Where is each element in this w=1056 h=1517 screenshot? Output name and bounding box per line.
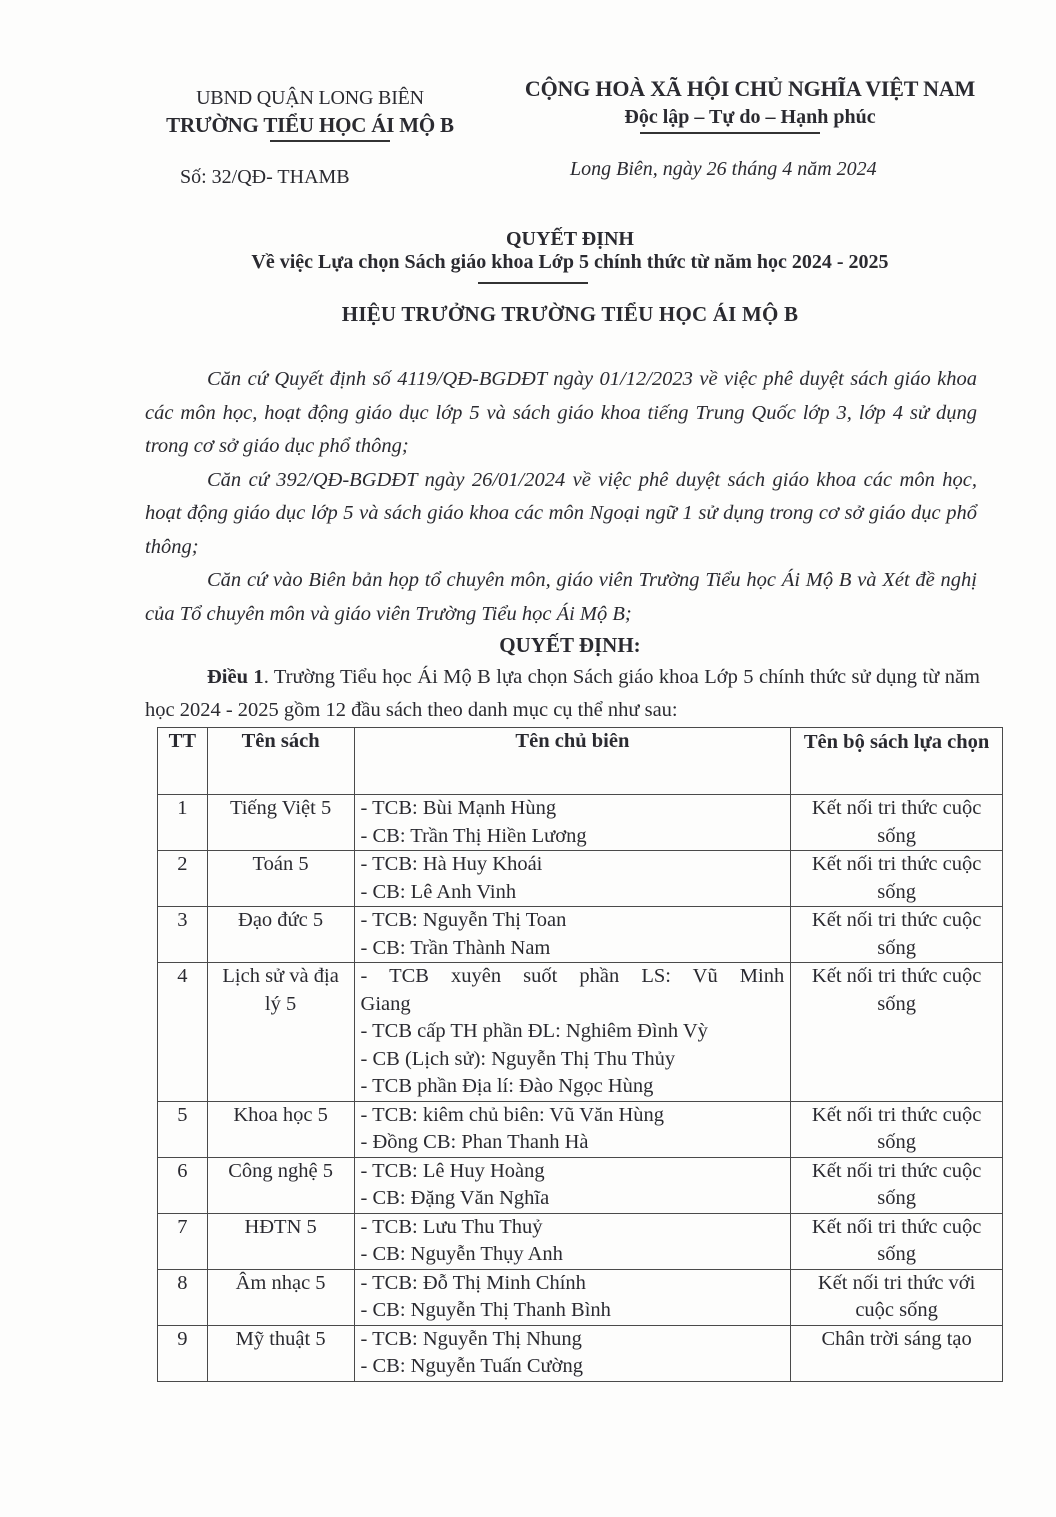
table-row: 8Âm nhạc 5- TCB: Đỗ Thị Minh Chính- CB: … <box>158 1269 1003 1325</box>
book-name: HĐTN 5 <box>207 1213 354 1269</box>
row-number: 2 <box>158 851 208 907</box>
editor-line: - CB: Trần Thị Hiền Lương <box>361 823 785 851</box>
preamble-clause: Căn cứ vào Biên bản họp tổ chuyên môn, g… <box>145 564 977 631</box>
book-name: Công nghệ 5 <box>207 1157 354 1213</box>
article-1: Điều 1. Trường Tiểu học Ái Mộ B lựa chọn… <box>145 661 980 727</box>
book-set: Chân trời sáng tạo <box>791 1325 1003 1381</box>
book-name: Khoa học 5 <box>207 1101 354 1157</box>
row-number: 8 <box>158 1269 208 1325</box>
book-set: Kết nối tri thức cuộc sống <box>791 851 1003 907</box>
header-tt: TT <box>158 728 208 795</box>
header-editors: Tên chủ biên <box>354 728 791 795</box>
book-set: Kết nối tri thức cuộc sống <box>791 963 1003 1102</box>
document-date: Long Biên, ngày 26 tháng 4 năm 2024 <box>570 158 877 181</box>
authority-name: UBND QUẬN LONG BIÊN <box>140 84 480 112</box>
editor-line: - CB: Nguyễn Thị Thanh Bình <box>361 1297 785 1325</box>
editors-cell: - TCB: Bùi Mạnh Hùng- CB: Trần Thị Hiền … <box>354 795 791 851</box>
book-name: Lịch sử và địa lý 5 <box>207 963 354 1102</box>
editor-line: - TCB: Lê Huy Hoàng <box>361 1158 785 1186</box>
book-set: Kết nối tri thức cuộc sống <box>791 795 1003 851</box>
article-1-label: Điều 1 <box>207 666 264 688</box>
editor-line: - TCB: kiêm chủ biên: Vũ Văn Hùng <box>361 1102 785 1130</box>
editors-cell: - TCB: Nguyễn Thị Toan- CB: Trần Thành N… <box>354 907 791 963</box>
editor-line: - CB: Đặng Văn Nghĩa <box>361 1185 785 1213</box>
book-name: Đạo đức 5 <box>207 907 354 963</box>
school-underline <box>270 140 390 142</box>
table-row: 3Đạo đức 5- TCB: Nguyễn Thị Toan- CB: Tr… <box>158 907 1003 963</box>
textbook-table: TT Tên sách Tên chủ biên Tên bộ sách lựa… <box>157 727 1003 1382</box>
book-name: Âm nhạc 5 <box>207 1269 354 1325</box>
document-number: Số: 32/QĐ- THAMB <box>180 166 350 189</box>
book-name: Tiếng Việt 5 <box>207 795 354 851</box>
editors-cell: - TCB: Đỗ Thị Minh Chính- CB: Nguyễn Thị… <box>354 1269 791 1325</box>
editors-cell: - TCB: kiêm chủ biên: Vũ Văn Hùng- Đồng … <box>354 1101 791 1157</box>
editors-cell: - TCB xuyên suốt phần LS: Vũ MinhGiang- … <box>354 963 791 1102</box>
subject-underline <box>478 282 588 284</box>
row-number: 1 <box>158 795 208 851</box>
decision-subject: Về việc Lựa chọn Sách giáo khoa Lớp 5 ch… <box>140 249 1000 275</box>
editor-line: - Đồng CB: Phan Thanh Hà <box>361 1129 785 1157</box>
editor-line: - CB: Nguyễn Thụy Anh <box>361 1241 785 1269</box>
editor-line: - CB: Nguyễn Tuấn Cường <box>361 1353 785 1381</box>
school-name: TRƯỜNG TIỂU HỌC ÁI MỘ B <box>140 112 480 138</box>
book-set: Kết nối tri thức cuộc sống <box>791 1101 1003 1157</box>
editor-line: - TCB phần Địa lí: Đào Ngọc Hùng <box>361 1073 785 1101</box>
editors-cell: - TCB: Lê Huy Hoàng- CB: Đặng Văn Nghĩa <box>354 1157 791 1213</box>
table-row: 5Khoa học 5- TCB: kiêm chủ biên: Vũ Văn … <box>158 1101 1003 1157</box>
table-row: 7HĐTN 5- TCB: Lưu Thu Thuỷ- CB: Nguyễn T… <box>158 1213 1003 1269</box>
header-book-name: Tên sách <box>207 728 354 795</box>
row-number: 9 <box>158 1325 208 1381</box>
motto-underline <box>640 132 820 134</box>
table-row: 2Toán 5- TCB: Hà Huy Khoái- CB: Lê Anh V… <box>158 851 1003 907</box>
book-set: Kết nối tri thức cuộc sống <box>791 1213 1003 1269</box>
editors-cell: - TCB: Lưu Thu Thuỷ- CB: Nguyễn Thụy Anh <box>354 1213 791 1269</box>
table-row: 6Công nghệ 5- TCB: Lê Huy Hoàng- CB: Đặn… <box>158 1157 1003 1213</box>
editor-line: - CB: Lê Anh Vinh <box>361 879 785 907</box>
table-row: 9Mỹ thuật 5- TCB: Nguyễn Thị Nhung- CB: … <box>158 1325 1003 1381</box>
editor-line: - TCB xuyên suốt phần LS: Vũ Minh <box>361 963 785 991</box>
book-name: Mỹ thuật 5 <box>207 1325 354 1381</box>
book-name: Toán 5 <box>207 851 354 907</box>
editor-line: Giang <box>361 991 785 1019</box>
editor-line: - TCB: Nguyễn Thị Nhung <box>361 1326 785 1354</box>
national-motto: Độc lập – Tự do – Hạnh phúc <box>500 104 1000 130</box>
national-header-block: CỘNG HOÀ XÃ HỘI CHỦ NGHĨA VIỆT NAM Độc l… <box>500 74 1000 134</box>
editor-line: - TCB: Hà Huy Khoái <box>361 851 785 879</box>
issuing-authority-block: UBND QUẬN LONG BIÊN TRƯỜNG TIỂU HỌC ÁI M… <box>140 84 480 142</box>
decision-heading: QUYẾT ĐỊNH: <box>140 633 1000 658</box>
preamble-clause: Căn cứ 392/QĐ-BGDĐT ngày 26/01/2024 về v… <box>145 464 977 565</box>
issuer-title: HIỆU TRƯỞNG TRƯỜNG TIỂU HỌC ÁI MỘ B <box>140 302 1000 327</box>
editor-line: - TCB: Đỗ Thị Minh Chính <box>361 1270 785 1298</box>
row-number: 3 <box>158 907 208 963</box>
editor-line: - TCB: Lưu Thu Thuỷ <box>361 1214 785 1242</box>
row-number: 5 <box>158 1101 208 1157</box>
book-set: Kết nối tri thức cuộc sống <box>791 907 1003 963</box>
table-header-row: TT Tên sách Tên chủ biên Tên bộ sách lựa… <box>158 728 1003 795</box>
editor-line: - TCB cấp TH phần ĐL: Nghiêm Đình Vỳ <box>361 1018 785 1046</box>
table-body: 1Tiếng Việt 5- TCB: Bùi Mạnh Hùng- CB: T… <box>158 795 1003 1382</box>
table-row: 4Lịch sử và địa lý 5- TCB xuyên suốt phầ… <box>158 963 1003 1102</box>
header-book-set: Tên bộ sách lựa chọn <box>791 728 1003 795</box>
table-row: 1Tiếng Việt 5- TCB: Bùi Mạnh Hùng- CB: T… <box>158 795 1003 851</box>
row-number: 4 <box>158 963 208 1102</box>
row-number: 7 <box>158 1213 208 1269</box>
editors-cell: - TCB: Hà Huy Khoái- CB: Lê Anh Vinh <box>354 851 791 907</box>
row-number: 6 <box>158 1157 208 1213</box>
book-set: Kết nối tri thức cuộc sống <box>791 1157 1003 1213</box>
preamble-clause: Căn cứ Quyết định số 4119/QĐ-BGDĐT ngày … <box>145 363 977 464</box>
editor-line: - CB: Trần Thành Nam <box>361 935 785 963</box>
preamble: Căn cứ Quyết định số 4119/QĐ-BGDĐT ngày … <box>145 363 977 631</box>
editor-line: - CB (Lịch sử): Nguyễn Thị Thu Thủy <box>361 1046 785 1074</box>
editor-line: - TCB: Nguyễn Thị Toan <box>361 907 785 935</box>
book-set: Kết nối tri thức với cuộc sống <box>791 1269 1003 1325</box>
editors-cell: - TCB: Nguyễn Thị Nhung- CB: Nguyễn Tuấn… <box>354 1325 791 1381</box>
article-1-text: . Trường Tiểu học Ái Mộ B lựa chọn Sách … <box>145 666 980 721</box>
nation-name: CỘNG HOÀ XÃ HỘI CHỦ NGHĨA VIỆT NAM <box>500 74 1000 104</box>
editor-line: - TCB: Bùi Mạnh Hùng <box>361 795 785 823</box>
